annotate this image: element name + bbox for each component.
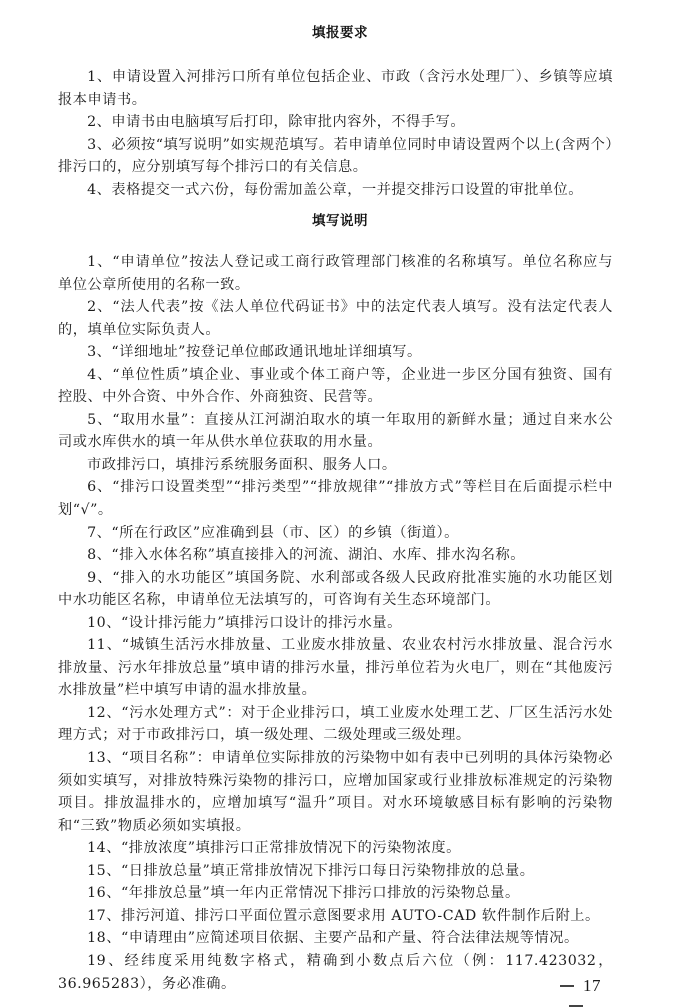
section-title-filing-requirements: 填报要求 [0, 21, 680, 41]
instruction-paragraph-6: 6、“排污口设置类型”“排污类型”“排放规律”“排放方式”等栏目在后面提示栏中划… [58, 476, 613, 521]
instruction-paragraph-17: 17、排污河道、排污口平面位置示意图要求用 AUTO-CAD 软件制作后附上。 [58, 905, 613, 928]
dash-left [560, 985, 574, 987]
instruction-paragraph-13: 13、“项目名称”：申请单位实际排放的污染物中如有表中已列明的具体污染物必须如实… [58, 747, 613, 837]
instruction-paragraph-8: 8、“排入水体名称”填直接排入的河流、湖泊、水库、排水沟名称。 [58, 544, 613, 567]
filling-instructions-section: 1、“申请单位”按法人登记或工商行政管理部门核准的名称填写。单位名称应与单位公章… [58, 251, 613, 995]
instruction-paragraph-10: 10、“设计排污能力”填排污口设计的排污水量。 [58, 612, 613, 635]
instruction-paragraph-4: 4、“单位性质”填企业、事业或个体工商户等，企业进一步区分国有独资、国有控股、中… [58, 364, 613, 409]
dash-right [569, 1005, 583, 1007]
instruction-paragraph-9: 9、“排入的水功能区”填国务院、水利部或各级人民政府批准实施的水功能区划中水功能… [58, 567, 613, 612]
instruction-paragraph-3: 3、“详细地址”按登记单位邮政通讯地址详细填写。 [58, 341, 613, 364]
instruction-paragraph-5: 5、“取用水量”：直接从江河湖泊取水的填一年取用的新鲜水量；通过自来水公司或水库… [58, 409, 613, 454]
document-page: 填报要求 1、申请设置入河排污口所有单位包括企业、市政（含污水处理厂）、乡镇等应… [0, 0, 680, 1008]
instruction-paragraph-14: 14、“排放浓度”填排污口正常排放情况下的污染物浓度。 [58, 837, 613, 860]
requirement-paragraph-4: 4、表格提交一式六份，每份需加盖公章，一并提交排污口设置的审批单位。 [58, 179, 613, 202]
instruction-paragraph-12: 12、“污水处理方式”：对于企业排污口，填工业废水处理工艺、厂区生活污水处理方式… [58, 702, 613, 747]
requirement-paragraph-3: 3、必须按“填写说明”如实规范填写。若申请单位同时申请设置两个以上(含两个）排污… [58, 134, 613, 179]
instruction-paragraph-7: 7、“所在行政区”应准确到县（市、区）的乡镇（街道）。 [58, 522, 613, 545]
instruction-paragraph-16: 16、“年排放总量”填一年内正常情况下排污口排放的污染物总量。 [58, 882, 613, 905]
instruction-paragraph-2: 2、“法人代表”按《法人单位代码证书》中的法定代表人填写。没有法定代表人的，填单… [58, 296, 613, 341]
instruction-paragraph-5-municipal: 市政排污口，填排污系统服务面积、服务人口。 [58, 454, 613, 477]
requirement-paragraph-2: 2、申请书由电脑填写后打印，除审批内容外，不得手写。 [58, 111, 613, 134]
instruction-paragraph-15: 15、“日排放总量”填正常排放情况下排污口每日污染物排放的总量。 [58, 860, 613, 883]
instruction-paragraph-1: 1、“申请单位”按法人登记或工商行政管理部门核准的名称填写。单位名称应与单位公章… [58, 251, 613, 296]
requirement-paragraph-1: 1、申请设置入河排污口所有单位包括企业、市政（含污水处理厂）、乡镇等应填报本申请… [58, 66, 613, 111]
instruction-paragraph-11: 11、“城镇生活污水排放量、工业废水排放量、农业农村污水排放量、混合污水排放量、… [58, 634, 613, 702]
page-number-value: 17 [583, 976, 601, 995]
section-title-filling-instructions: 填写说明 [0, 209, 680, 229]
instruction-paragraph-18: 18、“申请理由”应简述项目依据、主要产品和产量、符合法律法规等情况。 [58, 927, 613, 950]
page-number: 17 [536, 976, 616, 1008]
filing-requirements-section: 1、申请设置入河排污口所有单位包括企业、市政（含污水处理厂）、乡镇等应填报本申请… [58, 66, 613, 201]
instruction-paragraph-19: 19、经纬度采用纯数字格式，精确到小数点后六位（例：117.423032，36.… [58, 950, 613, 995]
